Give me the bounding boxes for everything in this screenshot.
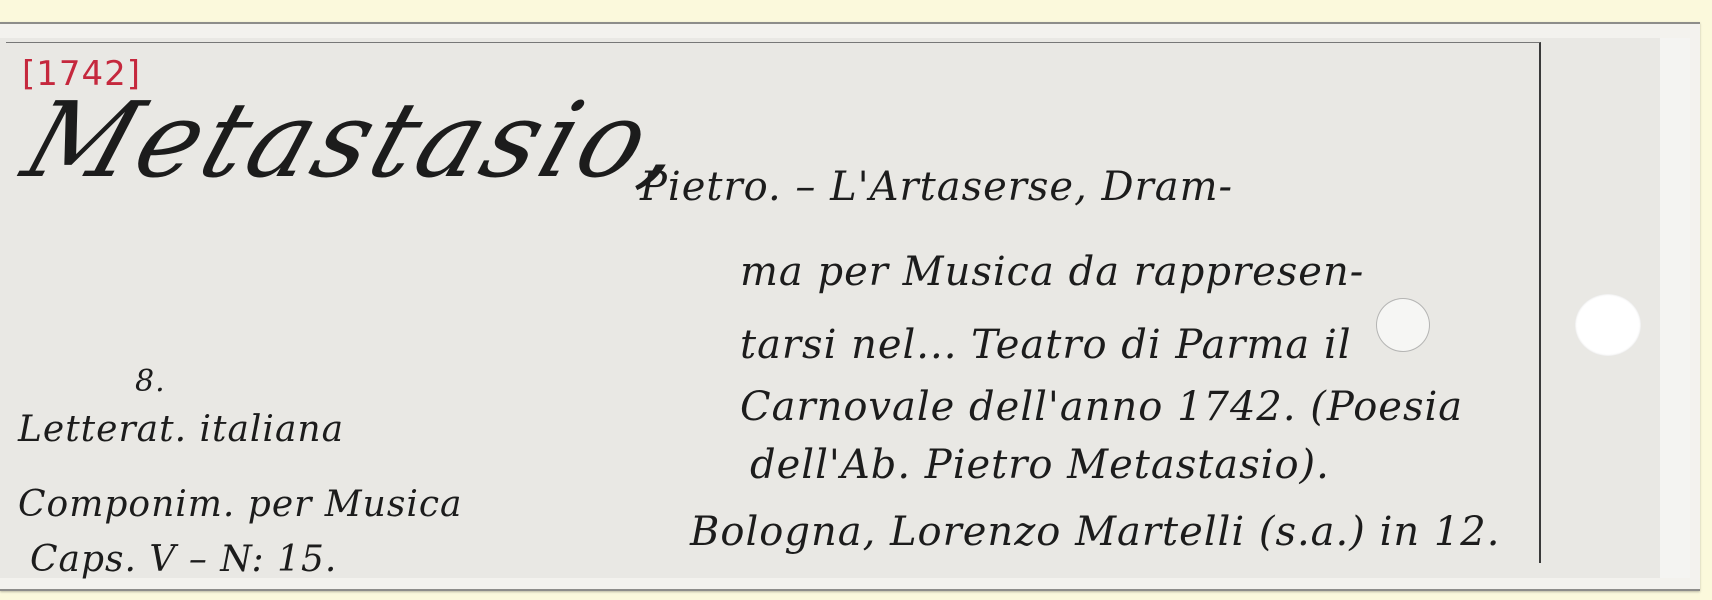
shelfmark-subclass: Componim. per Musica — [18, 484, 462, 525]
title-line-4: Carnovale dell'anno 1742. (Poesia — [740, 384, 1463, 430]
title-line-3: tarsi nel... Teatro di Parma il — [740, 322, 1352, 368]
photographed-hole — [1376, 298, 1430, 352]
catalog-card: [1742] Metastasio, Pietro. – L'Artaserse… — [0, 22, 1700, 591]
author-surname: Metastasio, — [10, 79, 705, 201]
title-line-2: ma per Musica da rappresen- — [740, 249, 1364, 295]
punch-hole — [1575, 294, 1641, 356]
shelfmark-classification: Letterat. italiana — [18, 409, 344, 450]
imprint-line: Bologna, Lorenzo Martelli (s.a.) in 12. — [690, 509, 1500, 555]
title-line-5: dell'Ab. Pietro Metastasio). — [750, 442, 1330, 488]
card-margin — [1660, 38, 1690, 578]
shelfmark-location: Caps. V – N: 15. — [30, 539, 337, 580]
shelfmark-number: 8. — [135, 364, 166, 399]
title-line-1: Pietro. – L'Artaserse, Dram- — [640, 164, 1233, 210]
